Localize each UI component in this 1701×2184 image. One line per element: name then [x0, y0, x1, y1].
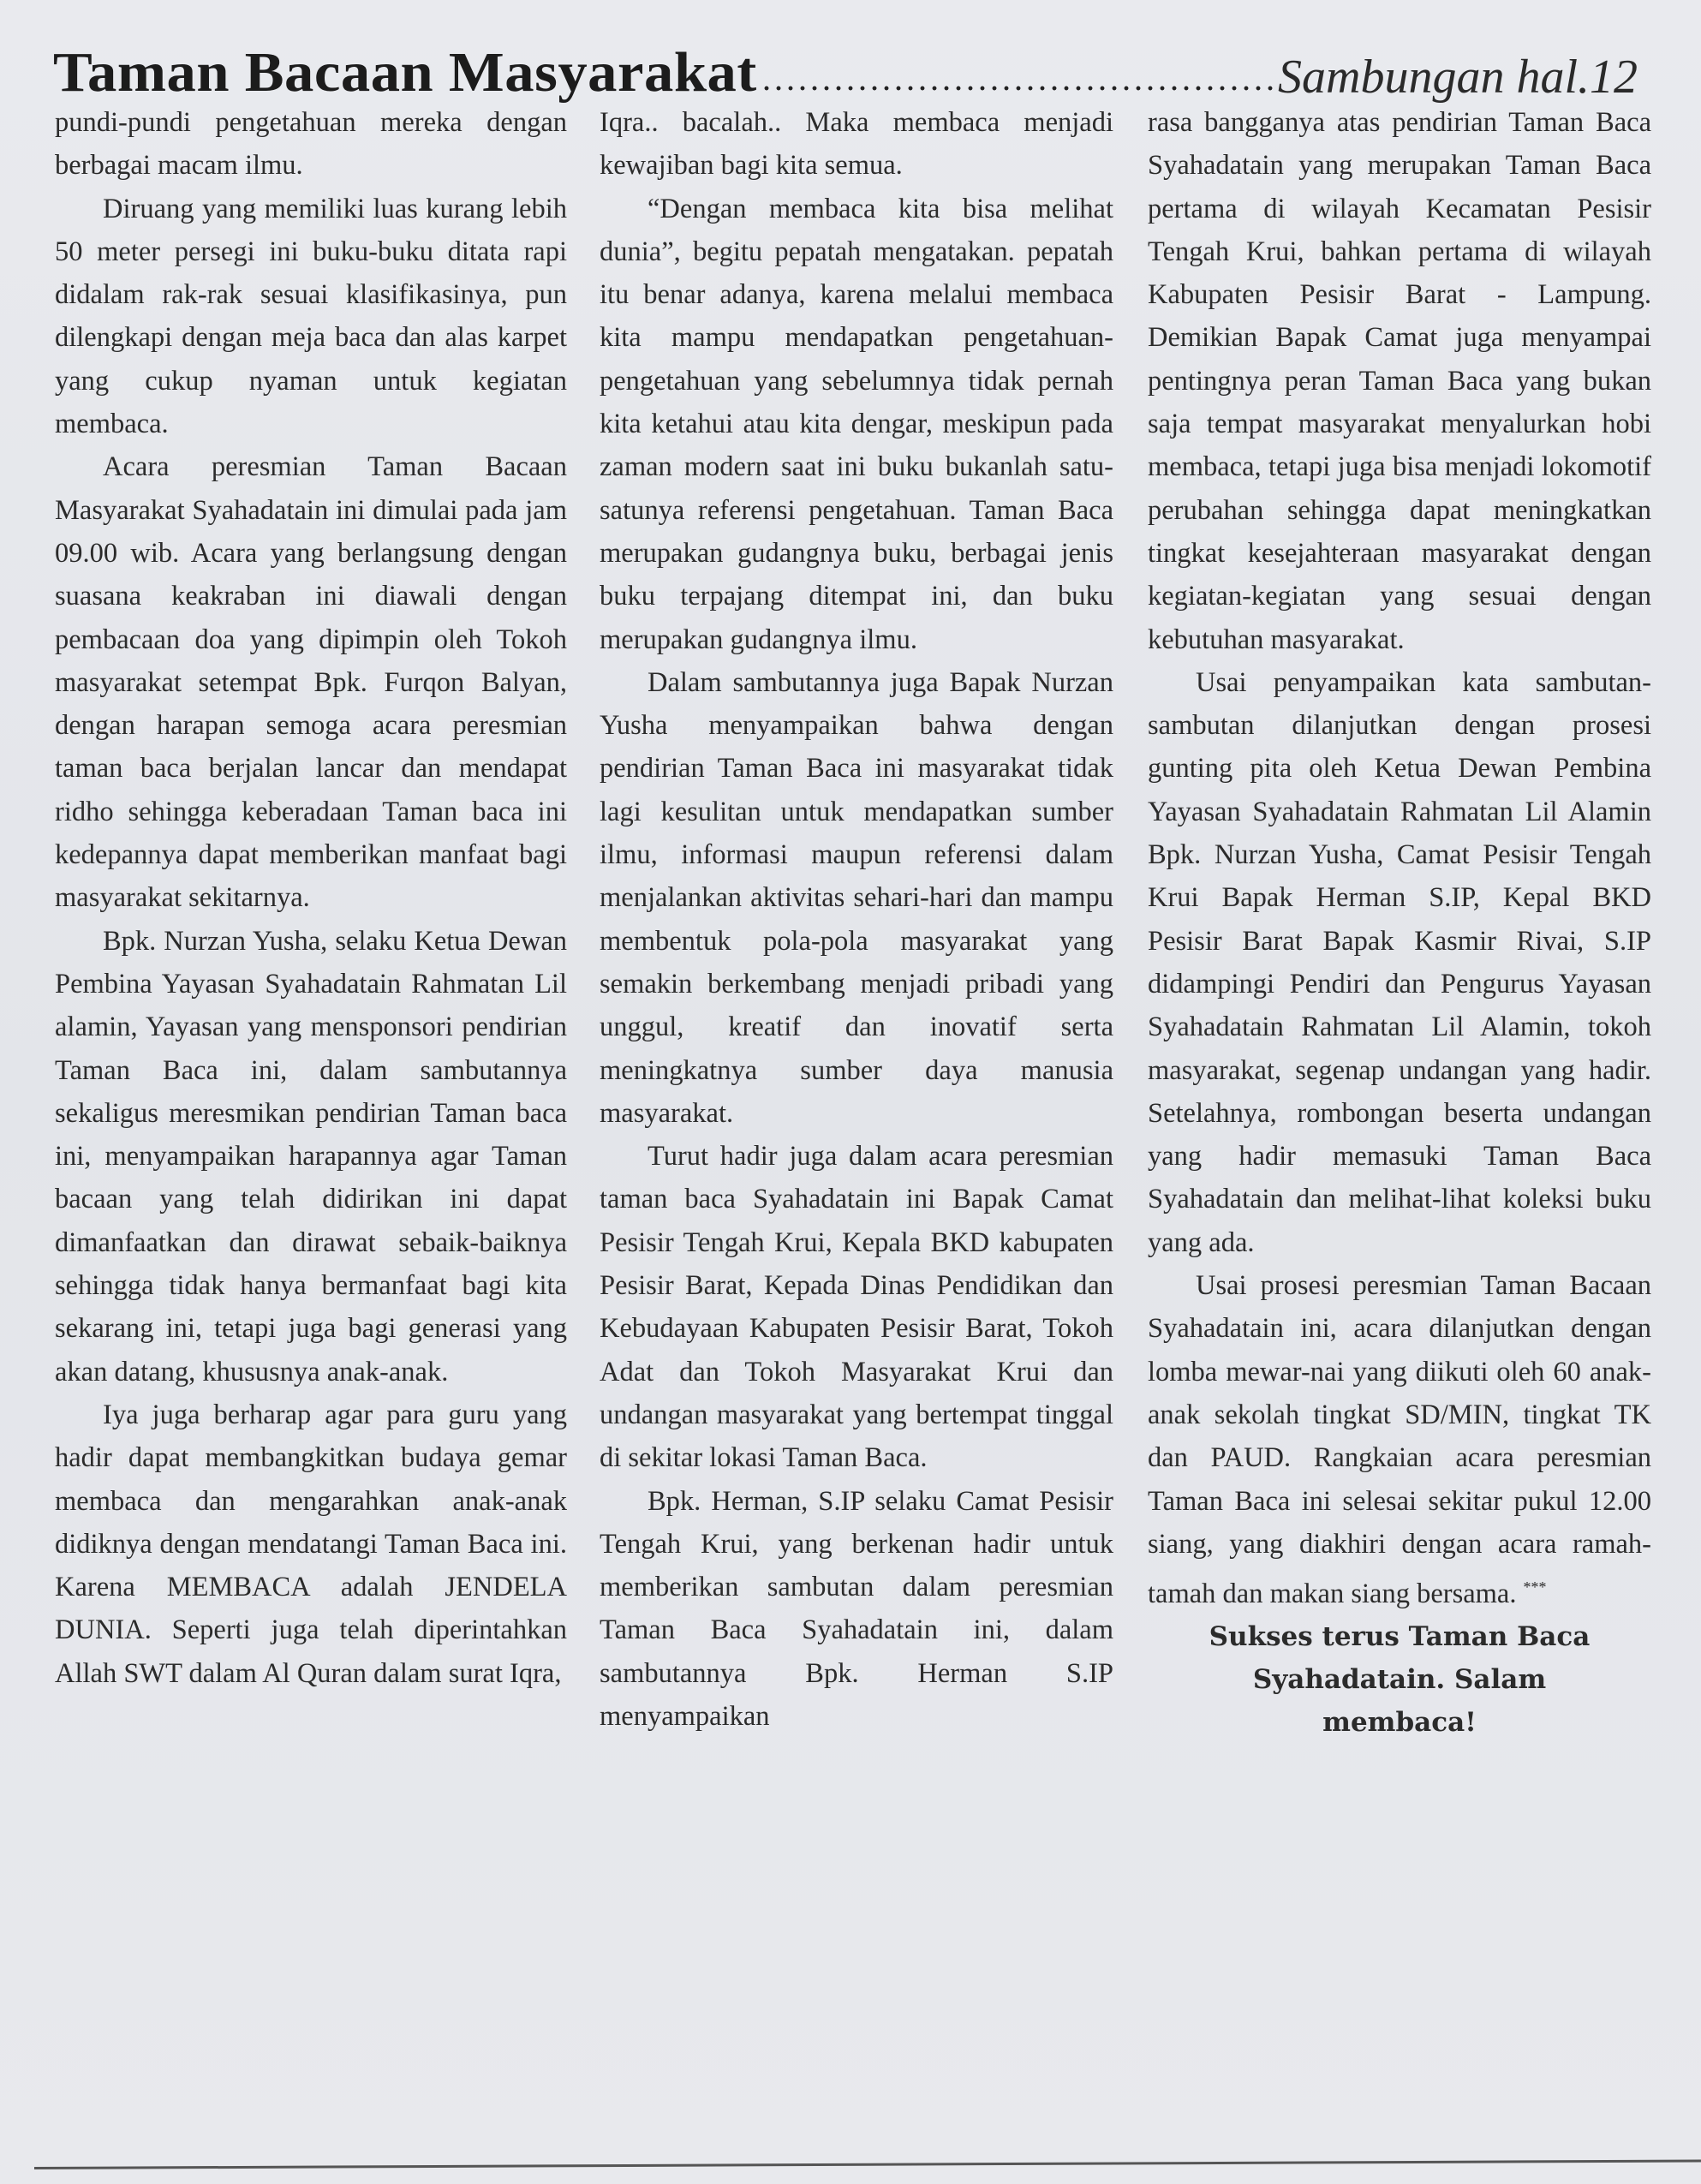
paragraph: Diruang yang memiliki luas kurang lebih …	[55, 188, 567, 446]
paragraph: Acara peresmian Taman Bacaan Masyarakat …	[55, 445, 567, 919]
article-column-1: pundi-pundi pengetahuan mereka dengan be…	[55, 101, 567, 1695]
article-column-3: rasa bangganya atas pendirian Taman Baca…	[1148, 101, 1651, 1744]
closing-statement: Sukses terus Taman Baca Syahadatain. Sal…	[1148, 1615, 1651, 1744]
paragraph: rasa bangganya atas pendirian Taman Baca…	[1148, 101, 1651, 661]
paragraph-text: Usai prosesi peresmian Taman Bacaan Syah…	[1148, 1270, 1651, 1609]
paragraph: Iya juga berharap agar para guru yang ha…	[55, 1393, 567, 1695]
article-column-2: Iqra.. bacalah.. Maka membaca menjadi ke…	[600, 101, 1113, 1738]
bottom-rule-divider	[34, 2160, 1701, 2169]
paragraph: Bpk. Herman, S.IP selaku Camat Pesisir T…	[600, 1480, 1113, 1739]
paragraph: Usai penyampaikan kata sambutan-sambutan…	[1148, 661, 1651, 1264]
paragraph: Iqra.. bacalah.. Maka membaca menjadi ke…	[600, 101, 1113, 188]
newspaper-page: Taman Bacaan Masyarakat Sambungan hal.12…	[0, 0, 1701, 2184]
article-headline: Taman Bacaan Masyarakat Sambungan hal.12	[53, 15, 1646, 101]
end-mark: ***	[1523, 1578, 1546, 1596]
paragraph: Bpk. Nurzan Yusha, selaku Ketua Dewan Pe…	[55, 920, 567, 1393]
article-title: Taman Bacaan Masyarakat	[53, 45, 757, 101]
continued-from-label: Sambungan hal.12	[1278, 53, 1638, 101]
paragraph: Turut hadir juga dalam acara peresmian t…	[600, 1135, 1113, 1479]
paragraph: Usai prosesi peresmian Taman Bacaan Syah…	[1148, 1264, 1651, 1615]
paragraph: Dalam sambutannya juga Bapak Nurzan Yush…	[600, 661, 1113, 1135]
paragraph: pundi-pundi pengetahuan mereka dengan be…	[55, 101, 567, 188]
paragraph: “Dengan membaca kita bisa melihat dunia”…	[600, 188, 1113, 661]
dotted-leader	[761, 84, 1273, 92]
